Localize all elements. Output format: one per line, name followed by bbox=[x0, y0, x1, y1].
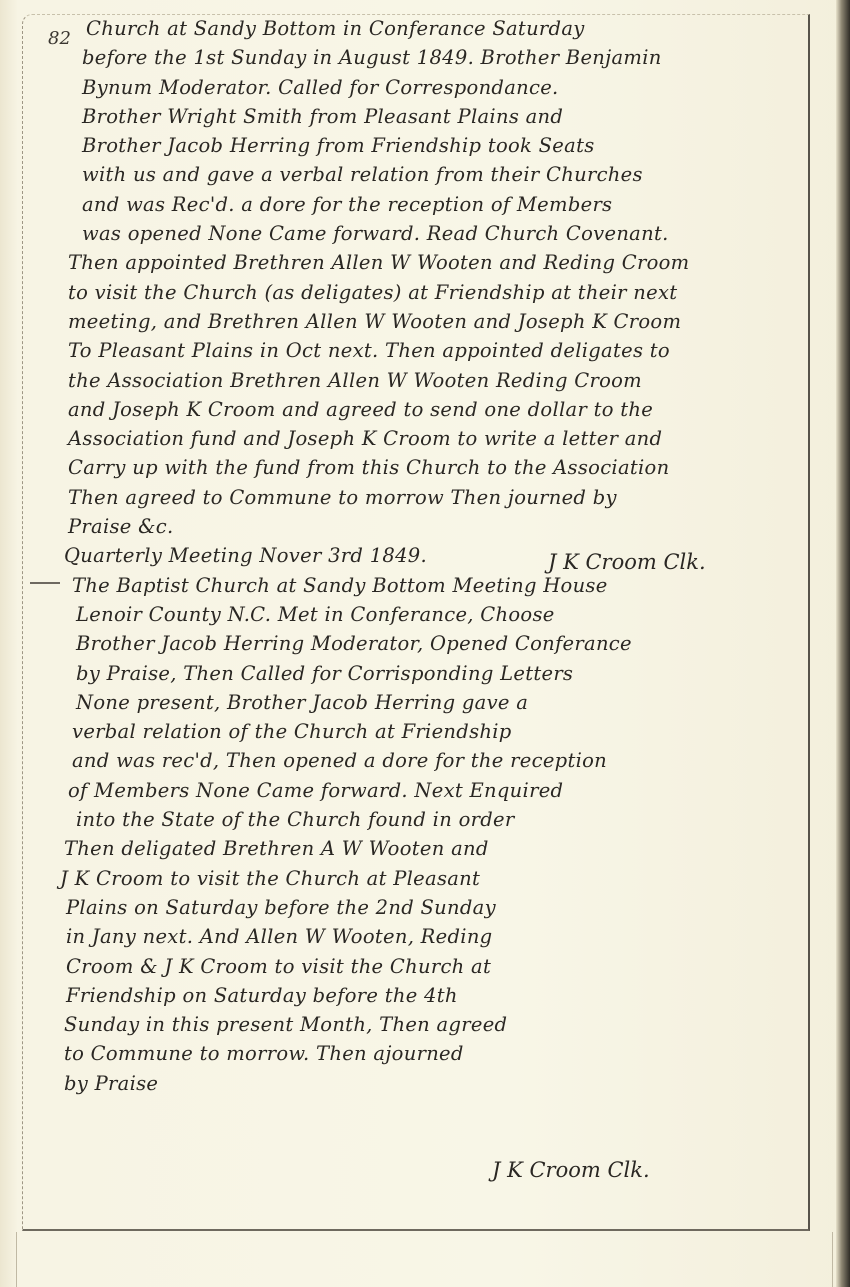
text-line: Brother Jacob Herring Moderator, Opened … bbox=[60, 629, 800, 658]
text-line: by Praise bbox=[60, 1069, 800, 1098]
text-line: Carry up with the fund from this Church … bbox=[60, 453, 800, 482]
text-line: None present, Brother Jacob Herring gave… bbox=[60, 688, 800, 717]
text-line: Church at Sandy Bottom in Conferance Sat… bbox=[60, 14, 800, 43]
book-binding-edge bbox=[836, 0, 850, 1287]
text-line: in Jany next. And Allen W Wooten, Reding bbox=[60, 922, 800, 951]
text-line: by Praise, Then Called for Corrisponding… bbox=[60, 659, 800, 688]
minutes-entry-august-1849: Church at Sandy Bottom in Conferance Sat… bbox=[60, 14, 800, 541]
text-line: with us and gave a verbal relation from … bbox=[60, 160, 800, 189]
text-line: the Association Brethren Allen W Wooten … bbox=[60, 366, 800, 395]
text-line: Croom & J K Croom to visit the Church at bbox=[60, 952, 800, 981]
text-line: Bynum Moderator. Called for Correspondan… bbox=[60, 73, 800, 102]
text-line: before the 1st Sunday in August 1849. Br… bbox=[60, 43, 800, 72]
text-line: Plains on Saturday before the 2nd Sunday bbox=[60, 893, 800, 922]
clerk-signature: J K Croom Clk. bbox=[548, 550, 706, 574]
text-line: into the State of the Church found in or… bbox=[60, 805, 800, 834]
text-line: Brother Wright Smith from Pleasant Plain… bbox=[60, 102, 800, 131]
margin-mark bbox=[30, 582, 60, 584]
text-line: Brother Jacob Herring from Friendship to… bbox=[60, 131, 800, 160]
text-line: to visit the Church (as deligates) at Fr… bbox=[60, 278, 800, 307]
text-line: and was rec'd, Then opened a dore for th… bbox=[60, 746, 800, 775]
minutes-entry-november-1849: Quarterly Meeting Nover 3rd 1849. The Ba… bbox=[60, 541, 800, 1098]
text-line: to Commune to morrow. Then ajourned bbox=[60, 1039, 800, 1068]
text-line: Association fund and Joseph K Croom to w… bbox=[60, 424, 800, 453]
text-line: and Joseph K Croom and agreed to send on… bbox=[60, 395, 800, 424]
manuscript-page: 82 Church at Sandy Bottom in Conferance … bbox=[0, 0, 850, 1287]
text-line: Then deligated Brethren A W Wooten and bbox=[60, 834, 800, 863]
text-line: meeting, and Brethren Allen W Wooten and… bbox=[60, 307, 800, 336]
text-line: of Members None Came forward. Next Enqui… bbox=[60, 776, 800, 805]
text-line: To Pleasant Plains in Oct next. Then app… bbox=[60, 336, 800, 365]
text-line: was opened None Came forward. Read Churc… bbox=[60, 219, 800, 248]
text-line: Praise &c. bbox=[60, 512, 800, 541]
text-line: Then agreed to Commune to morrow Then jo… bbox=[60, 483, 800, 512]
text-line: verbal relation of the Church at Friends… bbox=[60, 717, 800, 746]
text-line: Friendship on Saturday before the 4th bbox=[60, 981, 800, 1010]
text-line: The Baptist Church at Sandy Bottom Meeti… bbox=[60, 571, 800, 600]
text-line: Sunday in this present Month, Then agree… bbox=[60, 1010, 800, 1039]
text-line: Lenoir County N.C. Met in Conferance, Ch… bbox=[60, 600, 800, 629]
clerk-signature: J K Croom Clk. bbox=[492, 1158, 650, 1182]
lower-page-frame bbox=[16, 1232, 833, 1287]
text-line: Then appointed Brethren Allen W Wooten a… bbox=[60, 248, 800, 277]
text-line: J K Croom to visit the Church at Pleasan… bbox=[60, 864, 800, 893]
text-line: and was Rec'd. a dore for the reception … bbox=[60, 190, 800, 219]
